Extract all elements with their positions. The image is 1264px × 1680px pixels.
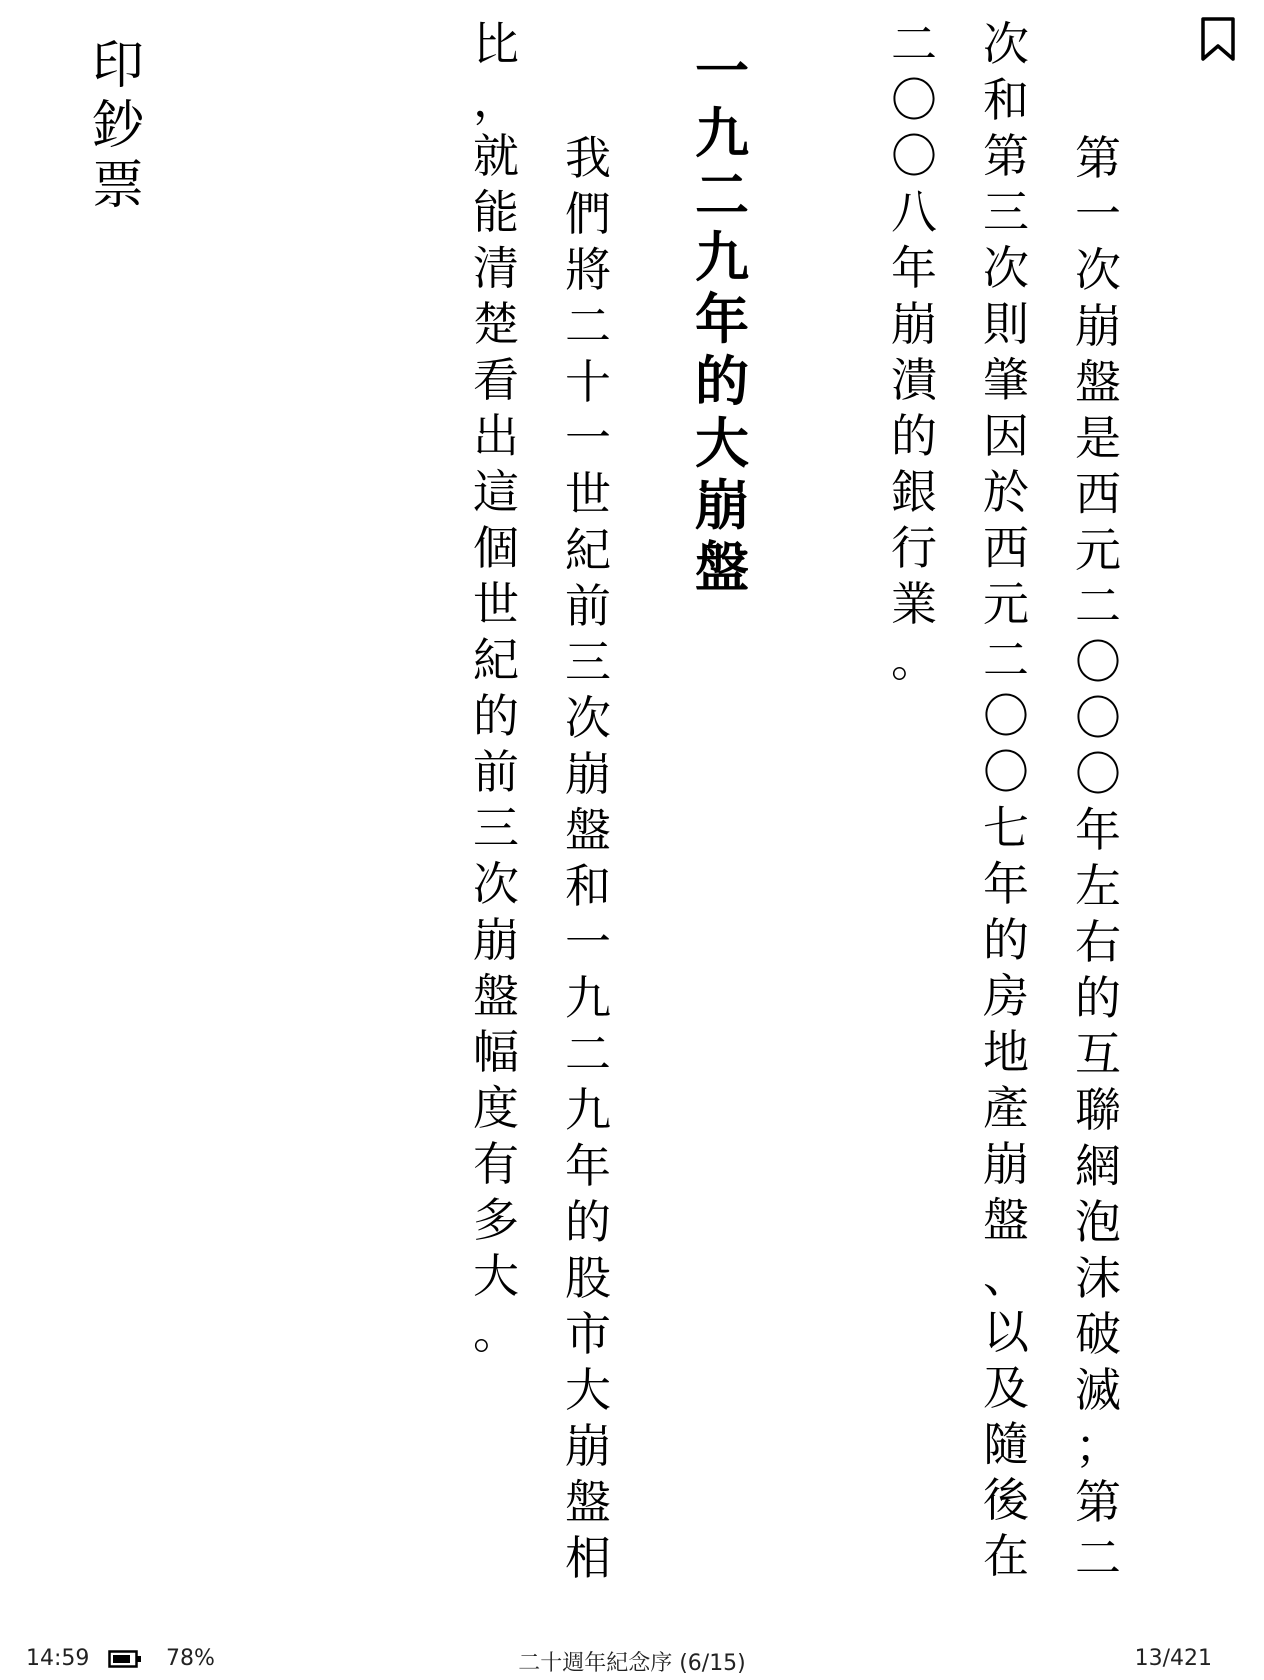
glyph: 泡 xyxy=(1070,1194,1126,1250)
glyph: 大 xyxy=(468,1248,524,1304)
glyph: 右 xyxy=(1070,914,1126,970)
glyph: 次 xyxy=(978,240,1034,296)
glyph: 在 xyxy=(978,1528,1034,1584)
glyph: 崩 xyxy=(886,296,942,352)
glyph: 股 xyxy=(560,1250,616,1306)
glyph: 產 xyxy=(978,1080,1034,1136)
glyph: 度 xyxy=(468,1080,524,1136)
page-count[interactable]: 13/421 xyxy=(1135,1646,1212,1671)
glyph: 二 xyxy=(1070,1530,1126,1586)
glyph: 左 xyxy=(1070,858,1126,914)
glyph: 和 xyxy=(560,858,616,914)
text-column-6: 比，就能清楚看出這個世紀的前三次崩盤幅度有多大。 xyxy=(468,16,524,1360)
text-column-3: 二〇〇八年崩潰的銀行業。 xyxy=(886,16,942,688)
glyph: 相 xyxy=(560,1530,616,1586)
glyph: 鈔 xyxy=(86,96,150,156)
glyph: 多 xyxy=(468,1192,524,1248)
glyph: 年 xyxy=(886,240,942,296)
glyph: 這 xyxy=(468,464,524,520)
glyph: 、 xyxy=(978,1248,1034,1304)
glyph: 互 xyxy=(1070,1026,1126,1082)
glyph: 大 xyxy=(690,412,754,474)
glyph: 西 xyxy=(1070,466,1126,522)
glyph: 年 xyxy=(978,856,1034,912)
glyph: 十 xyxy=(560,354,616,410)
section-heading: 一九二九年的大崩盤 xyxy=(690,40,754,598)
glyph: 元 xyxy=(978,576,1034,632)
glyph: 〇 xyxy=(1070,690,1126,746)
glyph: 有 xyxy=(468,1136,524,1192)
glyph: 印 xyxy=(86,36,150,96)
glyph: 九 xyxy=(690,226,754,288)
glyph: 世 xyxy=(560,466,616,522)
glyph: 〇 xyxy=(1070,634,1126,690)
glyph: 次 xyxy=(1070,242,1126,298)
glyph: 三 xyxy=(560,634,616,690)
glyph: 八 xyxy=(886,184,942,240)
glyph: 楚 xyxy=(468,296,524,352)
glyph: 前 xyxy=(560,578,616,634)
glyph: 於 xyxy=(978,464,1034,520)
glyph: 二 xyxy=(560,1026,616,1082)
glyph: 破 xyxy=(1070,1306,1126,1362)
glyph: 市 xyxy=(560,1306,616,1362)
glyph: 二 xyxy=(560,298,616,354)
glyph: 次 xyxy=(978,16,1034,72)
glyph: 七 xyxy=(978,800,1034,856)
chapter-title[interactable]: 二十週年紀念序 (6/15) xyxy=(0,1646,1264,1677)
glyph: 隨 xyxy=(978,1416,1034,1472)
glyph: 西 xyxy=(978,520,1034,576)
glyph: 崩 xyxy=(690,474,754,536)
glyph: 大 xyxy=(560,1362,616,1418)
glyph: 二 xyxy=(690,164,754,226)
glyph: 肇 xyxy=(978,352,1034,408)
glyph: 幅 xyxy=(468,1024,524,1080)
glyph: 的 xyxy=(886,408,942,464)
glyph: 第 xyxy=(978,128,1034,184)
glyph: 出 xyxy=(468,408,524,464)
text-column-5: 我們將二十一世紀前三次崩盤和一九二九年的股市大崩盤相 xyxy=(560,130,616,1586)
glyph: 個 xyxy=(468,520,524,576)
text-column-1: 第一次崩盤是西元二〇〇〇年左右的互聯網泡沫破滅；第二 xyxy=(1070,130,1126,1586)
glyph: 〇 xyxy=(1070,746,1126,802)
glyph: 潰 xyxy=(886,352,942,408)
glyph: 紀 xyxy=(560,522,616,578)
glyph: 二 xyxy=(886,16,942,72)
glyph: 將 xyxy=(560,242,616,298)
glyph: 盤 xyxy=(560,1474,616,1530)
glyph: 。 xyxy=(886,632,942,688)
glyph: ， xyxy=(468,72,524,128)
glyph: 沫 xyxy=(1070,1250,1126,1306)
glyph: 前 xyxy=(468,744,524,800)
glyph: 一 xyxy=(560,410,616,466)
glyph: 崩 xyxy=(560,1418,616,1474)
glyph: 因 xyxy=(978,408,1034,464)
glyph: 盤 xyxy=(468,968,524,1024)
glyph: 的 xyxy=(690,350,754,412)
glyph: 崩 xyxy=(468,912,524,968)
glyph: 們 xyxy=(560,186,616,242)
glyph: 一 xyxy=(690,40,754,102)
glyph: 紀 xyxy=(468,632,524,688)
glyph: 一 xyxy=(560,914,616,970)
glyph: 。 xyxy=(468,1304,524,1360)
glyph: 年 xyxy=(690,288,754,350)
glyph: 和 xyxy=(978,72,1034,128)
glyph: 盤 xyxy=(690,536,754,598)
glyph: 的 xyxy=(560,1194,616,1250)
glyph: 票 xyxy=(86,156,150,216)
glyph: 元 xyxy=(1070,522,1126,578)
glyph: 就 xyxy=(468,128,524,184)
text-column-2: 次和第三次則肇因於西元二〇〇七年的房地產崩盤、以及隨後在 xyxy=(978,16,1034,1584)
glyph: 行 xyxy=(886,520,942,576)
glyph: 九 xyxy=(560,970,616,1026)
glyph: 盤 xyxy=(560,802,616,858)
glyph: 九 xyxy=(560,1082,616,1138)
glyph: 九 xyxy=(690,102,754,164)
glyph: 〇 xyxy=(978,688,1034,744)
glyph: 〇 xyxy=(978,744,1034,800)
glyph: 的 xyxy=(468,688,524,744)
glyph: 後 xyxy=(978,1472,1034,1528)
glyph: 二 xyxy=(1070,578,1126,634)
glyph: 及 xyxy=(978,1360,1034,1416)
glyph: 的 xyxy=(1070,970,1126,1026)
glyph: 業 xyxy=(886,576,942,632)
glyph: 年 xyxy=(1070,802,1126,858)
glyph: 聯 xyxy=(1070,1082,1126,1138)
glyph: 年 xyxy=(560,1138,616,1194)
chapter-heading: 印鈔票 xyxy=(86,36,150,216)
bookmark-icon[interactable] xyxy=(1200,16,1236,62)
reader-page[interactable]: 第一次崩盤是西元二〇〇〇年左右的互聯網泡沫破滅；第二 次和第三次則肇因於西元二〇… xyxy=(0,0,1264,1640)
glyph: 第 xyxy=(1070,1474,1126,1530)
glyph: 我 xyxy=(560,130,616,186)
glyph: 則 xyxy=(978,296,1034,352)
glyph: ； xyxy=(1070,1418,1126,1474)
glyph: 一 xyxy=(1070,186,1126,242)
glyph: 房 xyxy=(978,968,1034,1024)
glyph: 第 xyxy=(1070,130,1126,186)
glyph: 能 xyxy=(468,184,524,240)
glyph: 三 xyxy=(468,800,524,856)
glyph: 的 xyxy=(978,912,1034,968)
glyph: 看 xyxy=(468,352,524,408)
status-footer: 14:59 78% 二十週年紀念序 (6/15) 13/421 xyxy=(0,1642,1264,1676)
glyph: 銀 xyxy=(886,464,942,520)
glyph: 三 xyxy=(978,184,1034,240)
glyph: 網 xyxy=(1070,1138,1126,1194)
glyph: 崩 xyxy=(1070,298,1126,354)
glyph: 崩 xyxy=(978,1136,1034,1192)
glyph: 比 xyxy=(468,16,524,72)
glyph: 世 xyxy=(468,576,524,632)
glyph: 地 xyxy=(978,1024,1034,1080)
glyph: 盤 xyxy=(1070,354,1126,410)
glyph: 盤 xyxy=(978,1192,1034,1248)
glyph: 滅 xyxy=(1070,1362,1126,1418)
glyph: 崩 xyxy=(560,746,616,802)
glyph: 以 xyxy=(978,1304,1034,1360)
glyph: 二 xyxy=(978,632,1034,688)
glyph: 次 xyxy=(468,856,524,912)
glyph: 清 xyxy=(468,240,524,296)
glyph: 〇 xyxy=(886,128,942,184)
glyph: 是 xyxy=(1070,410,1126,466)
glyph: 〇 xyxy=(886,72,942,128)
glyph: 次 xyxy=(560,690,616,746)
